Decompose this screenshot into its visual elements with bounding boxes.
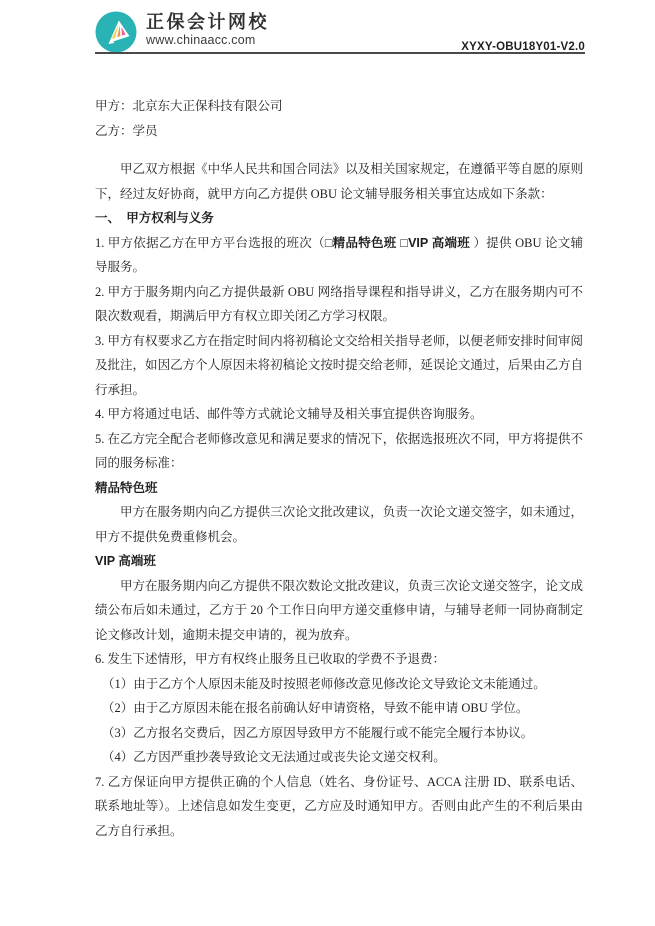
clause-6: 6. 发生下述情形，甲方有权终止服务且已收取的学费不予退费： <box>95 647 583 672</box>
chinaacc-logo-icon <box>95 11 137 53</box>
clause-5: 5. 在乙方完全配合老师修改意见和满足要求的情况下，依据选报班次不同，甲方将提供… <box>95 427 583 476</box>
clause-1: 1. 甲方依据乙方在甲方平台选报的班次（□精品特色班 □VIP 高端班 ）提供 … <box>95 231 583 280</box>
tier1-description: 甲方在服务期内向乙方提供三次论文批改建议，负责一次论文递交签字，如未通过，甲方不… <box>95 500 583 549</box>
clause-6-item-1: （1）由于乙方个人原因未能及时按照老师修改意见修改论文导致论文未能通过。 <box>95 672 583 697</box>
clause-1-pre: 1. 甲方依据乙方在甲方平台选报的班次（ <box>95 236 325 250</box>
tier1-name: 精品特色班 <box>95 476 583 501</box>
clause-6-item-4: （4）乙方因严重抄袭导致论文无法通过或丧失论文递交权利。 <box>95 745 583 770</box>
party-a-line: 甲方：北京东大正保科技有限公司 <box>95 94 583 119</box>
brand-name: 正保会计网校 <box>146 11 269 33</box>
clause-3: 3. 甲方有权要求乙方在指定时间内将初稿论文交给相关指导老师，以便老师安排时间审… <box>95 329 583 403</box>
intro-paragraph: 甲乙双方根据《中华人民共和国合同法》以及相关国家规定，在遵循平等自愿的原则下，经… <box>95 157 583 206</box>
clause-2: 2. 甲方于服务期内向乙方提供最新 OBU 网络指导课程和指导讲义，乙方在服务期… <box>95 280 583 329</box>
page-header: 正保会计网校 www.chinaacc.com XYXY-OBU18Y01-V2… <box>95 11 585 54</box>
header-divider-rule <box>95 52 585 54</box>
clause-6-item-2: （2）由于乙方原因未能在报名前确认好申请资格，导致不能申请 OBU 学位。 <box>95 696 583 721</box>
clause-1-class-options: □精品特色班 □VIP 高端班 <box>325 236 470 250</box>
section1-heading: 一、 甲方权利与义务 <box>95 206 583 231</box>
clause-7: 7. 乙方保证向甲方提供正确的个人信息（姓名、身份证号、ACCA 注册 ID、联… <box>95 770 583 844</box>
tier2-description: 甲方在服务期内向乙方提供不限次数论文批改建议，负责三次论文递交签字，论文成绩公布… <box>95 574 583 648</box>
brand-url: www.chinaacc.com <box>146 33 269 48</box>
brand-text: 正保会计网校 www.chinaacc.com <box>146 11 269 48</box>
contract-body: 甲方：北京东大正保科技有限公司 乙方：学员 甲乙双方根据《中华人民共和国合同法》… <box>95 94 583 843</box>
clause-6-item-3: （3）乙方报名交费后，因乙方原因导致甲方不能履行或不能完全履行本协议。 <box>95 721 583 746</box>
document-page: 正保会计网校 www.chinaacc.com XYXY-OBU18Y01-V2… <box>0 0 655 926</box>
clause-4: 4. 甲方将通过电话、邮件等方式就论文辅导及相关事宜提供咨询服务。 <box>95 402 583 427</box>
tier2-name: VIP 高端班 <box>95 549 583 574</box>
blank-line <box>95 143 583 157</box>
party-b-line: 乙方：学员 <box>95 119 583 144</box>
